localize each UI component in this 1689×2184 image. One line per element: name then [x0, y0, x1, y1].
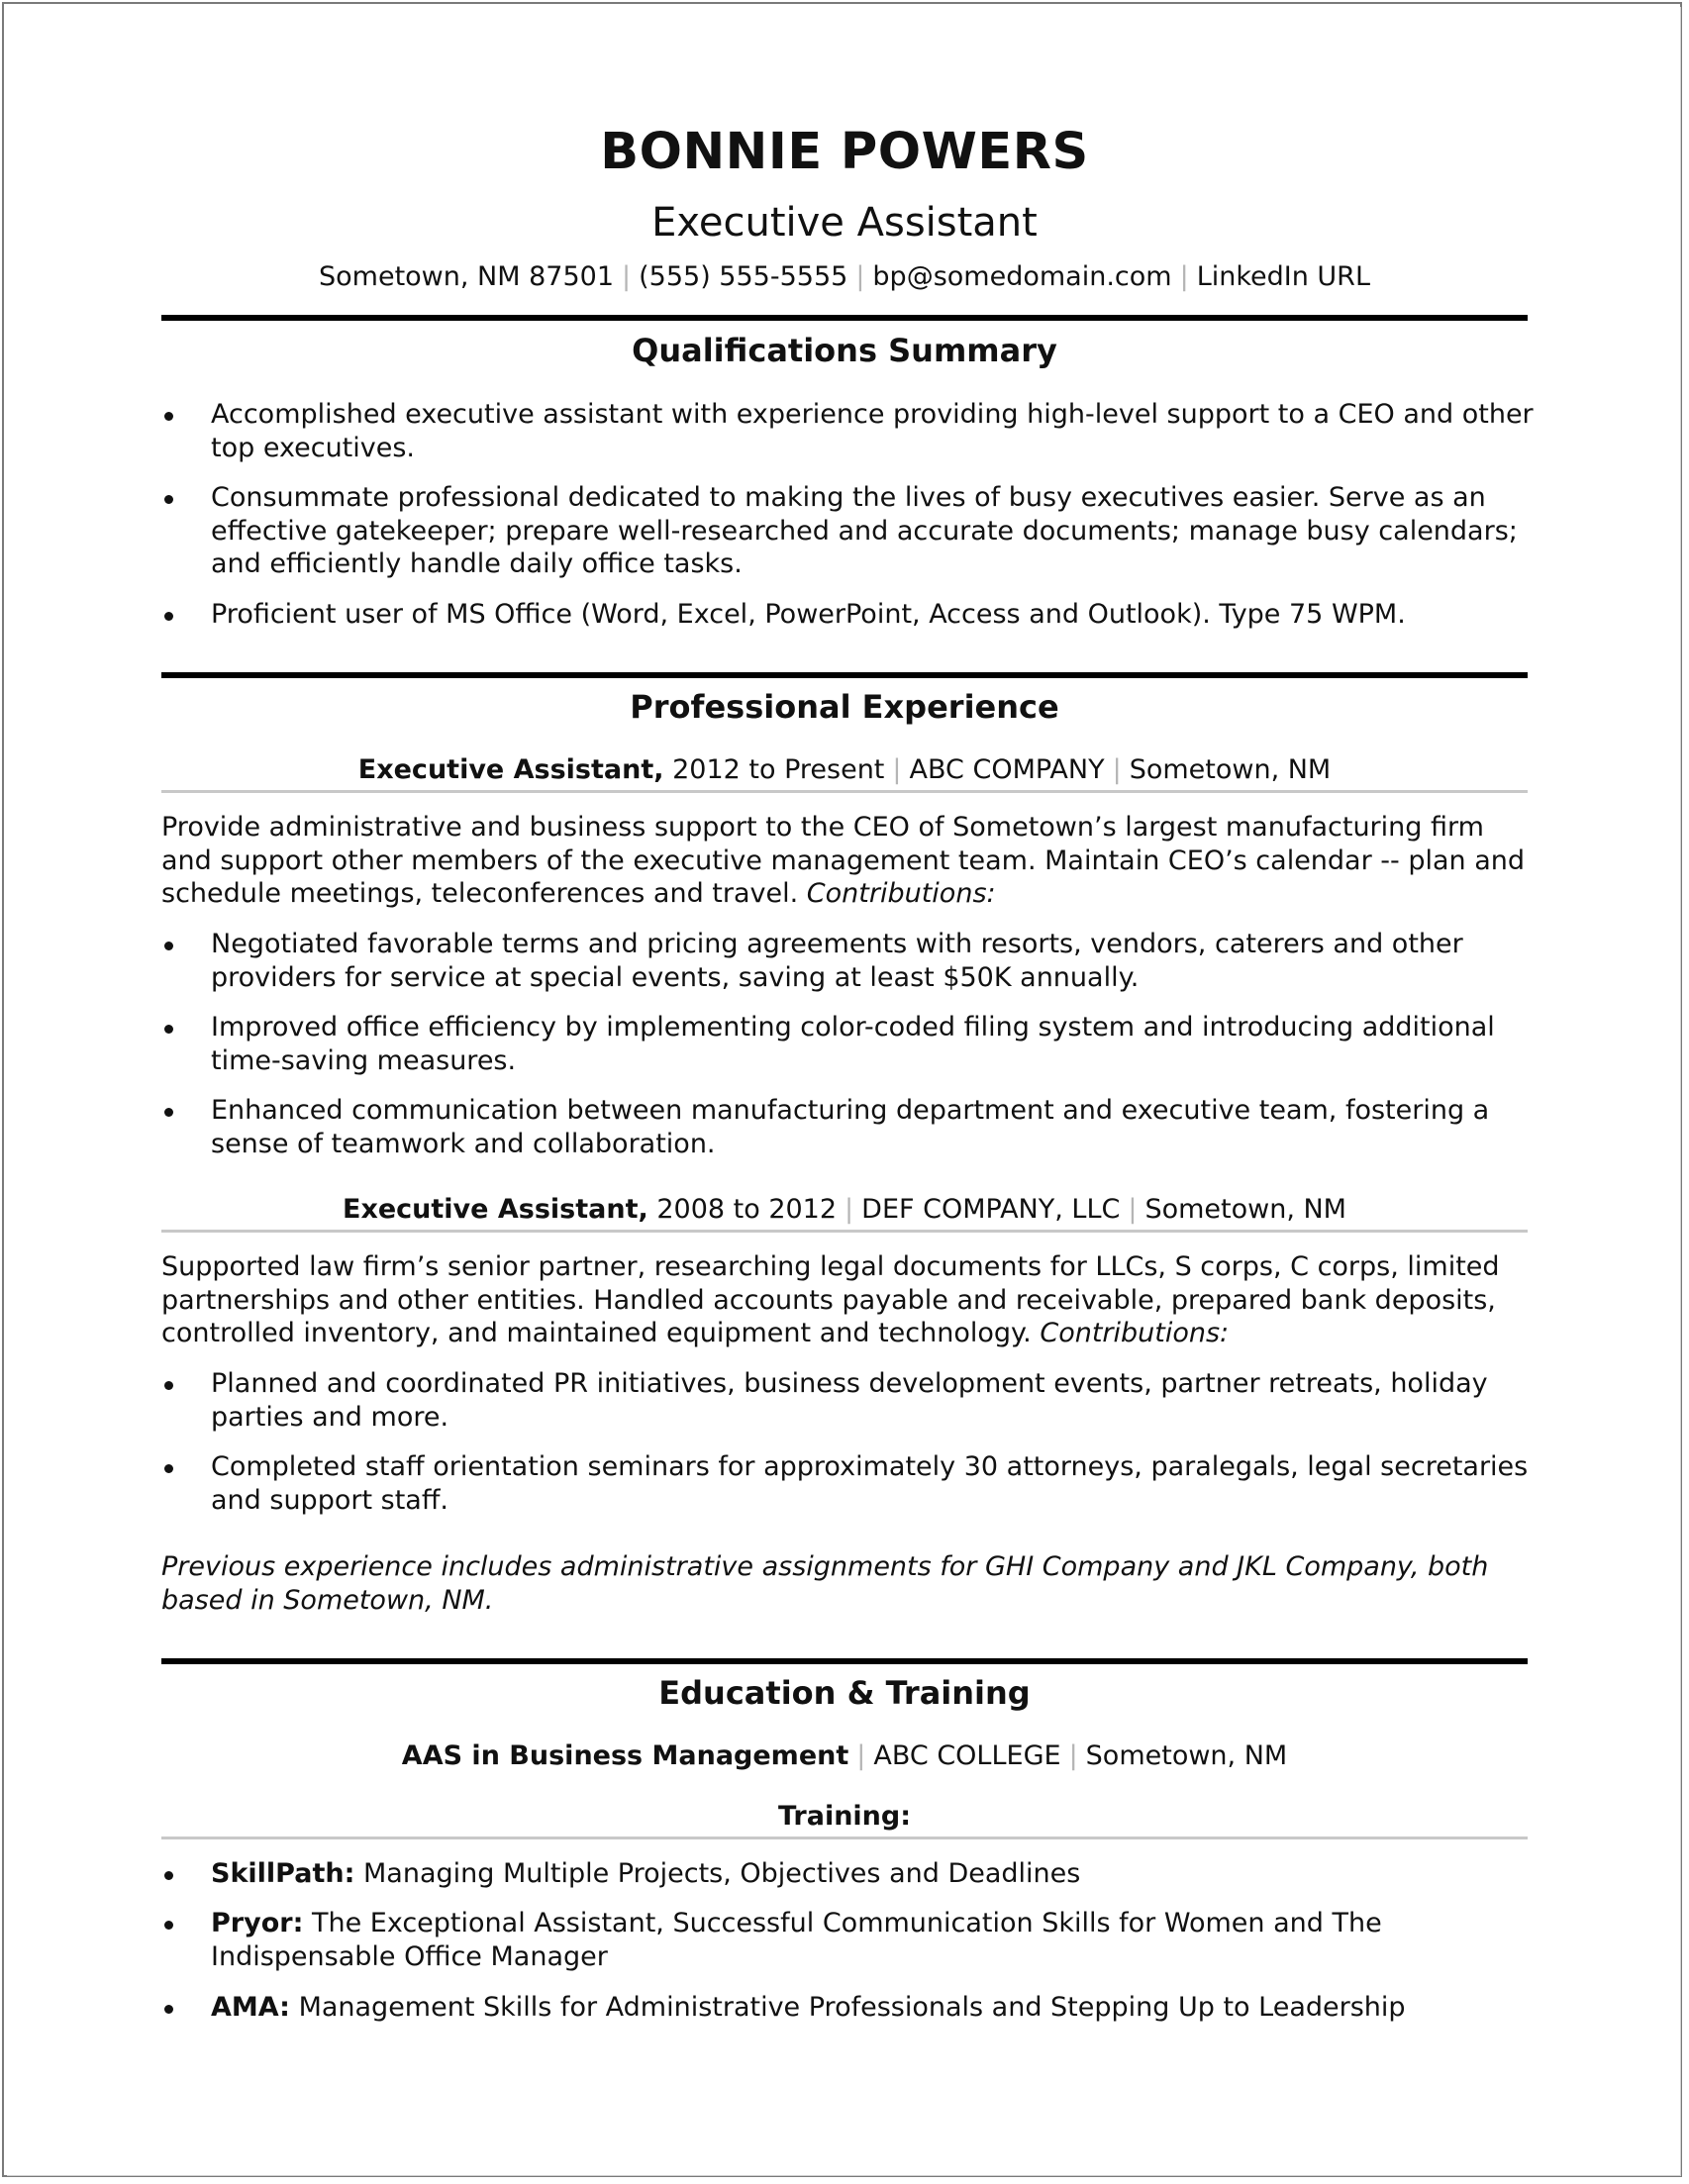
- training-item: AMA: Management Skills for Administrativ…: [161, 1991, 1542, 2025]
- contributions-label: Contributions:: [807, 878, 996, 909]
- separator: |: [1061, 1740, 1086, 1771]
- contact-email[interactable]: bp@somedomain.com: [872, 261, 1171, 292]
- job-divider: [161, 1230, 1528, 1233]
- job-bullet: Enhanced communication between manufactu…: [161, 1094, 1542, 1160]
- separator: |: [884, 754, 909, 785]
- contact-phone: (555) 555-5555: [639, 261, 847, 292]
- contact-linkedin[interactable]: LinkedIn URL: [1197, 261, 1370, 292]
- school-location: Sometown, NM: [1086, 1740, 1288, 1771]
- candidate-name: BONNIE POWERS: [161, 123, 1528, 181]
- training-divider: [161, 1837, 1528, 1839]
- job-location: Sometown, NM: [1144, 1194, 1346, 1225]
- education-heading: Education & Training: [161, 1674, 1528, 1712]
- job-company: ABC COMPANY: [910, 754, 1105, 785]
- training-item: Pryor: The Exceptional Assistant, Succes…: [161, 1907, 1542, 1973]
- job-dates: 2012 to Present: [672, 754, 884, 785]
- separator: |: [847, 261, 872, 292]
- training-provider: SkillPath:: [211, 1858, 354, 1889]
- contact-location: Sometown, NM 87501: [319, 261, 614, 292]
- job-location: Sometown, NM: [1130, 754, 1332, 785]
- job-title: Executive Assistant,: [343, 1194, 648, 1225]
- separator: |: [1105, 754, 1130, 785]
- section-divider: [161, 672, 1528, 678]
- contact-line: Sometown, NM 87501|(555) 555-5555|bp@som…: [161, 261, 1528, 292]
- separator: |: [614, 261, 639, 292]
- job-bullet: Planned and coordinated PR initiatives, …: [161, 1367, 1542, 1434]
- training-provider: AMA:: [211, 1992, 290, 2023]
- qualification-item: Proficient user of MS Office (Word, Exce…: [161, 598, 1542, 632]
- contributions-label: Contributions:: [1040, 1318, 1229, 1348]
- training-provider: Pryor:: [211, 1908, 303, 1938]
- training-courses: The Exceptional Assistant, Successful Co…: [211, 1908, 1382, 1972]
- job-header: Executive Assistant, 2012 to Present|ABC…: [161, 754, 1528, 785]
- degree-line: AAS in Business Management|ABC COLLEGE|S…: [161, 1740, 1528, 1771]
- job-header: Executive Assistant, 2008 to 2012|DEF CO…: [161, 1194, 1528, 1225]
- job-dates: 2008 to 2012: [656, 1194, 837, 1225]
- job-bullet: Completed staff orientation seminars for…: [161, 1450, 1542, 1517]
- section-divider: [161, 1658, 1528, 1664]
- degree-name: AAS in Business Management: [402, 1740, 848, 1771]
- job-title: Executive Assistant,: [358, 754, 664, 785]
- job-divider: [161, 790, 1528, 793]
- qualifications-heading: Qualifications Summary: [161, 332, 1528, 369]
- training-heading: Training:: [161, 1801, 1528, 1832]
- training-item: SkillPath: Managing Multiple Projects, O…: [161, 1857, 1542, 1891]
- separator: |: [837, 1194, 861, 1225]
- job-description: Supported law firm’s senior partner, res…: [161, 1250, 1542, 1350]
- job-bullet: Improved office efficiency by implementi…: [161, 1011, 1542, 1077]
- candidate-title: Executive Assistant: [161, 200, 1528, 246]
- separator: |: [1120, 1194, 1144, 1225]
- training-courses: Management Skills for Administrative Pro…: [299, 1992, 1406, 2023]
- school-name: ABC COLLEGE: [873, 1740, 1060, 1771]
- separator: |: [848, 1740, 873, 1771]
- experience-heading: Professional Experience: [161, 688, 1528, 726]
- qualification-item: Consummate professional dedicated to mak…: [161, 481, 1542, 581]
- job-company: DEF COMPANY, LLC: [861, 1194, 1120, 1225]
- previous-experience-note: Previous experience includes administrat…: [161, 1550, 1542, 1617]
- job-bullet: Negotiated favorable terms and pricing a…: [161, 928, 1542, 994]
- training-courses: Managing Multiple Projects, Objectives a…: [363, 1858, 1080, 1889]
- job-description: Provide administrative and business supp…: [161, 811, 1542, 911]
- section-divider: [161, 315, 1528, 321]
- separator: |: [1172, 261, 1197, 292]
- qualification-item: Accomplished executive assistant with ex…: [161, 398, 1542, 464]
